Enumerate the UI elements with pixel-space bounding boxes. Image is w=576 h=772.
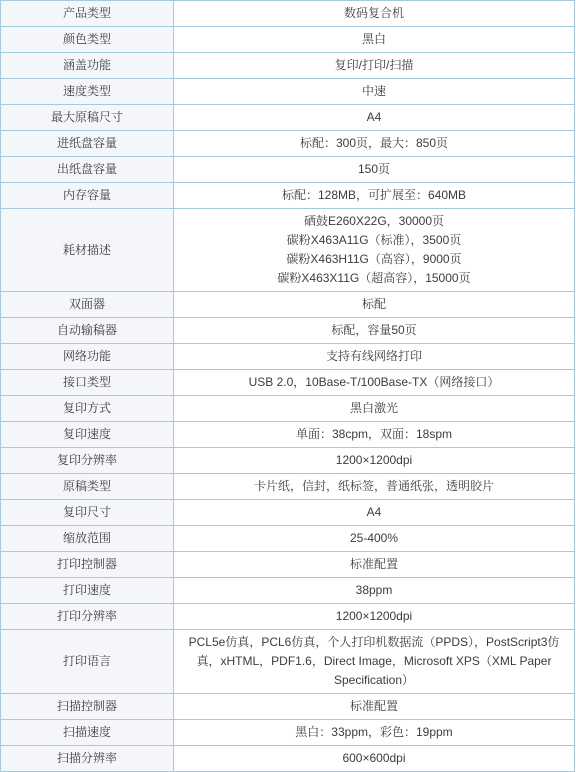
spec-label: 打印速度 [1, 578, 174, 604]
table-row: 扫描分辨率 600×600dpi [1, 746, 575, 772]
spec-value: 复印/打印/扫描 [174, 53, 575, 79]
table-row: 扫描速度 黑白：33ppm，彩色：19ppm [1, 720, 575, 746]
spec-label: 双面器 [1, 292, 174, 318]
spec-value: 支持有线网络打印 [174, 344, 575, 370]
spec-label: 速度类型 [1, 79, 174, 105]
table-row: 出纸盘容量 150页 [1, 157, 575, 183]
spec-value: 中速 [174, 79, 575, 105]
spec-value: 600×600dpi [174, 746, 575, 772]
spec-label: 自动输稿器 [1, 318, 174, 344]
spec-table-body: 产品类型 数码复合机 颜色类型 黑白 涵盖功能 复印/打印/扫描 速度类型 中速… [1, 1, 575, 772]
spec-value: 标准配置 [174, 694, 575, 720]
table-row: 扫描控制器 标准配置 [1, 694, 575, 720]
table-row: 内存容量 标配：128MB，可扩展至：640MB [1, 183, 575, 209]
spec-value: A4 [174, 105, 575, 131]
table-row: 接口类型 USB 2.0，10Base-T/100Base-TX（网络接口） [1, 370, 575, 396]
spec-value: 标准配置 [174, 552, 575, 578]
spec-value: 150页 [174, 157, 575, 183]
spec-label: 打印分辨率 [1, 604, 174, 630]
table-row: 缩放范围 25-400% [1, 526, 575, 552]
spec-label: 接口类型 [1, 370, 174, 396]
table-row: 复印尺寸 A4 [1, 500, 575, 526]
table-row: 颜色类型 黑白 [1, 27, 575, 53]
table-row: 打印分辨率 1200×1200dpi [1, 604, 575, 630]
table-row: 原稿类型 卡片纸，信封，纸标签，普通纸张，透明胶片 [1, 474, 575, 500]
spec-label: 最大原稿尺寸 [1, 105, 174, 131]
spec-label: 出纸盘容量 [1, 157, 174, 183]
spec-label: 扫描分辨率 [1, 746, 174, 772]
spec-value: A4 [174, 500, 575, 526]
spec-value: 卡片纸，信封，纸标签，普通纸张，透明胶片 [174, 474, 575, 500]
spec-label: 打印控制器 [1, 552, 174, 578]
spec-label: 涵盖功能 [1, 53, 174, 79]
spec-value: 硒鼓E260X22G，30000页 碳粉X463A11G（标准），3500页 碳… [174, 209, 575, 292]
spec-value: 标配，容量50页 [174, 318, 575, 344]
spec-value: 标配：300页，最大：850页 [174, 131, 575, 157]
table-row: 最大原稿尺寸 A4 [1, 105, 575, 131]
spec-value: USB 2.0，10Base-T/100Base-TX（网络接口） [174, 370, 575, 396]
spec-label: 复印方式 [1, 396, 174, 422]
spec-value: 标配 [174, 292, 575, 318]
table-row: 复印分辨率 1200×1200dpi [1, 448, 575, 474]
table-row: 打印速度 38ppm [1, 578, 575, 604]
table-row: 涵盖功能 复印/打印/扫描 [1, 53, 575, 79]
spec-label: 缩放范围 [1, 526, 174, 552]
spec-label: 扫描速度 [1, 720, 174, 746]
spec-label: 颜色类型 [1, 27, 174, 53]
spec-value: 黑白：33ppm，彩色：19ppm [174, 720, 575, 746]
table-row: 打印语言 PCL5e仿真，PCL6仿真，个人打印机数据流（PPDS），PostS… [1, 630, 575, 694]
table-row: 双面器 标配 [1, 292, 575, 318]
spec-value: 1200×1200dpi [174, 448, 575, 474]
spec-label: 扫描控制器 [1, 694, 174, 720]
spec-label: 内存容量 [1, 183, 174, 209]
spec-label: 打印语言 [1, 630, 174, 694]
spec-label: 耗材描述 [1, 209, 174, 292]
table-row: 自动输稿器 标配，容量50页 [1, 318, 575, 344]
table-row: 打印控制器 标准配置 [1, 552, 575, 578]
table-row: 复印速度 单面：38cpm，双面：18spm [1, 422, 575, 448]
spec-value: 单面：38cpm，双面：18spm [174, 422, 575, 448]
table-row: 速度类型 中速 [1, 79, 575, 105]
spec-label: 进纸盘容量 [1, 131, 174, 157]
spec-label: 产品类型 [1, 1, 174, 27]
product-spec-table: 产品类型 数码复合机 颜色类型 黑白 涵盖功能 复印/打印/扫描 速度类型 中速… [0, 0, 575, 772]
table-row: 耗材描述 硒鼓E260X22G，30000页 碳粉X463A11G（标准），35… [1, 209, 575, 292]
spec-label: 原稿类型 [1, 474, 174, 500]
spec-value: PCL5e仿真，PCL6仿真，个人打印机数据流（PPDS），PostScript… [174, 630, 575, 694]
spec-value: 标配：128MB，可扩展至：640MB [174, 183, 575, 209]
table-row: 网络功能 支持有线网络打印 [1, 344, 575, 370]
spec-label: 复印分辨率 [1, 448, 174, 474]
spec-value: 黑白激光 [174, 396, 575, 422]
spec-value: 数码复合机 [174, 1, 575, 27]
spec-value: 黑白 [174, 27, 575, 53]
spec-label: 网络功能 [1, 344, 174, 370]
table-row: 产品类型 数码复合机 [1, 1, 575, 27]
table-row: 进纸盘容量 标配：300页，最大：850页 [1, 131, 575, 157]
spec-label: 复印速度 [1, 422, 174, 448]
spec-value: 38ppm [174, 578, 575, 604]
spec-value: 25-400% [174, 526, 575, 552]
spec-label: 复印尺寸 [1, 500, 174, 526]
table-row: 复印方式 黑白激光 [1, 396, 575, 422]
spec-value: 1200×1200dpi [174, 604, 575, 630]
